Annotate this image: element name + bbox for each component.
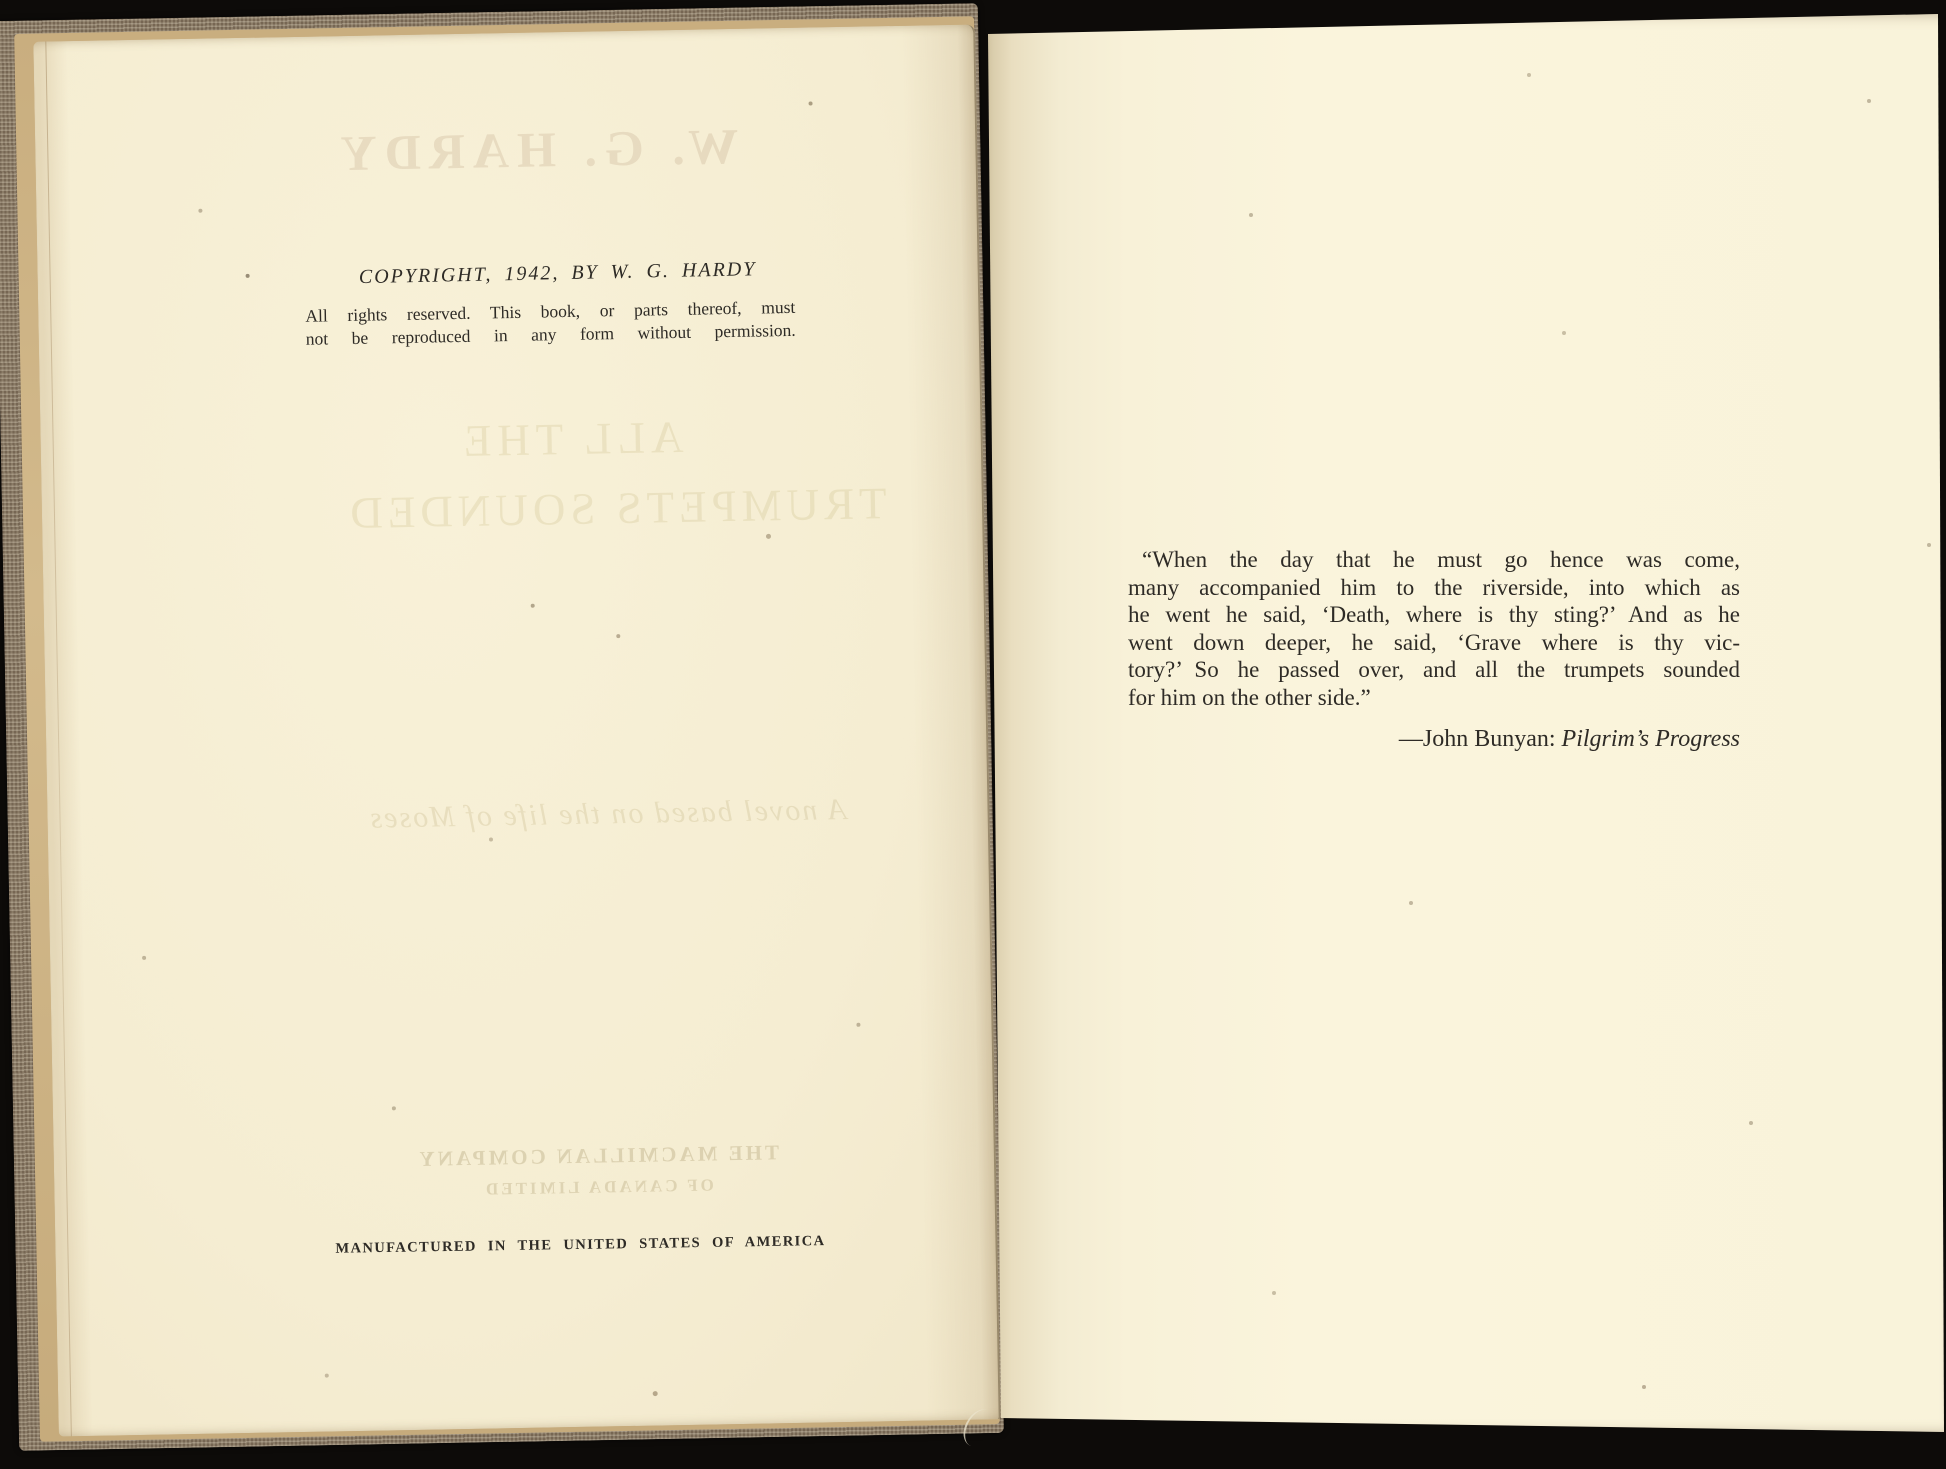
- ghost-showthrough-title-line2: TRUMPETS SOUNDED: [146, 474, 1087, 543]
- ghost-showthrough-publisher-line1: THE MACMILLAN COMPANY: [128, 1135, 1068, 1177]
- attribution-author: —John Bunyan:: [1399, 726, 1562, 752]
- quote-line: many accompanied him to the riverside, i…: [1128, 574, 1740, 602]
- ghost-showthrough-title-line1: ALL THE: [100, 404, 1041, 473]
- manufactured-statement: MANUFACTURED IN THE UNITED STATES OF AME…: [335, 1233, 825, 1258]
- epigraph-quote: “When the day that he must go hence was …: [1128, 546, 1740, 711]
- quote-line: he went he said, ‘Death, where is thy st…: [1128, 601, 1740, 629]
- rights-statement: All rights reserved. This book, or parts…: [305, 296, 796, 350]
- epigraph-page: “When the day that he must go hence was …: [988, 14, 1944, 1434]
- book-scan: W. G. HARDY ALL THE TRUMPETS SOUNDED A n…: [0, 0, 1946, 1469]
- attribution-work-title: Pilgrim’s Progress: [1562, 726, 1740, 752]
- ghost-showthrough-subtitle: A novel based on the life of Moses: [167, 789, 1047, 839]
- ghost-showthrough-publisher-line2: OF CANADA LIMITED: [128, 1169, 1068, 1206]
- epigraph-attribution: —John Bunyan: Pilgrim’s Progress: [1128, 726, 1750, 753]
- copyright-page: W. G. HARDY ALL THE TRUMPETS SOUNDED A n…: [33, 24, 1000, 1436]
- quote-line: went down deeper, he said, ‘Grave where …: [1128, 629, 1740, 657]
- quote-line: “When the day that he must go hence was …: [1128, 546, 1740, 574]
- quote-line: tory?’ So he passed over, and all the tr…: [1128, 656, 1740, 684]
- copyright-notice: COPYRIGHT, 1942, BY W. G. HARDY: [337, 258, 777, 290]
- paper-specks: [33, 42, 35, 44]
- paper-specks: [988, 14, 990, 16]
- quote-line: for him on the other side.”: [1128, 684, 1740, 712]
- ghost-showthrough-author: W. G. HARDY: [65, 112, 1006, 187]
